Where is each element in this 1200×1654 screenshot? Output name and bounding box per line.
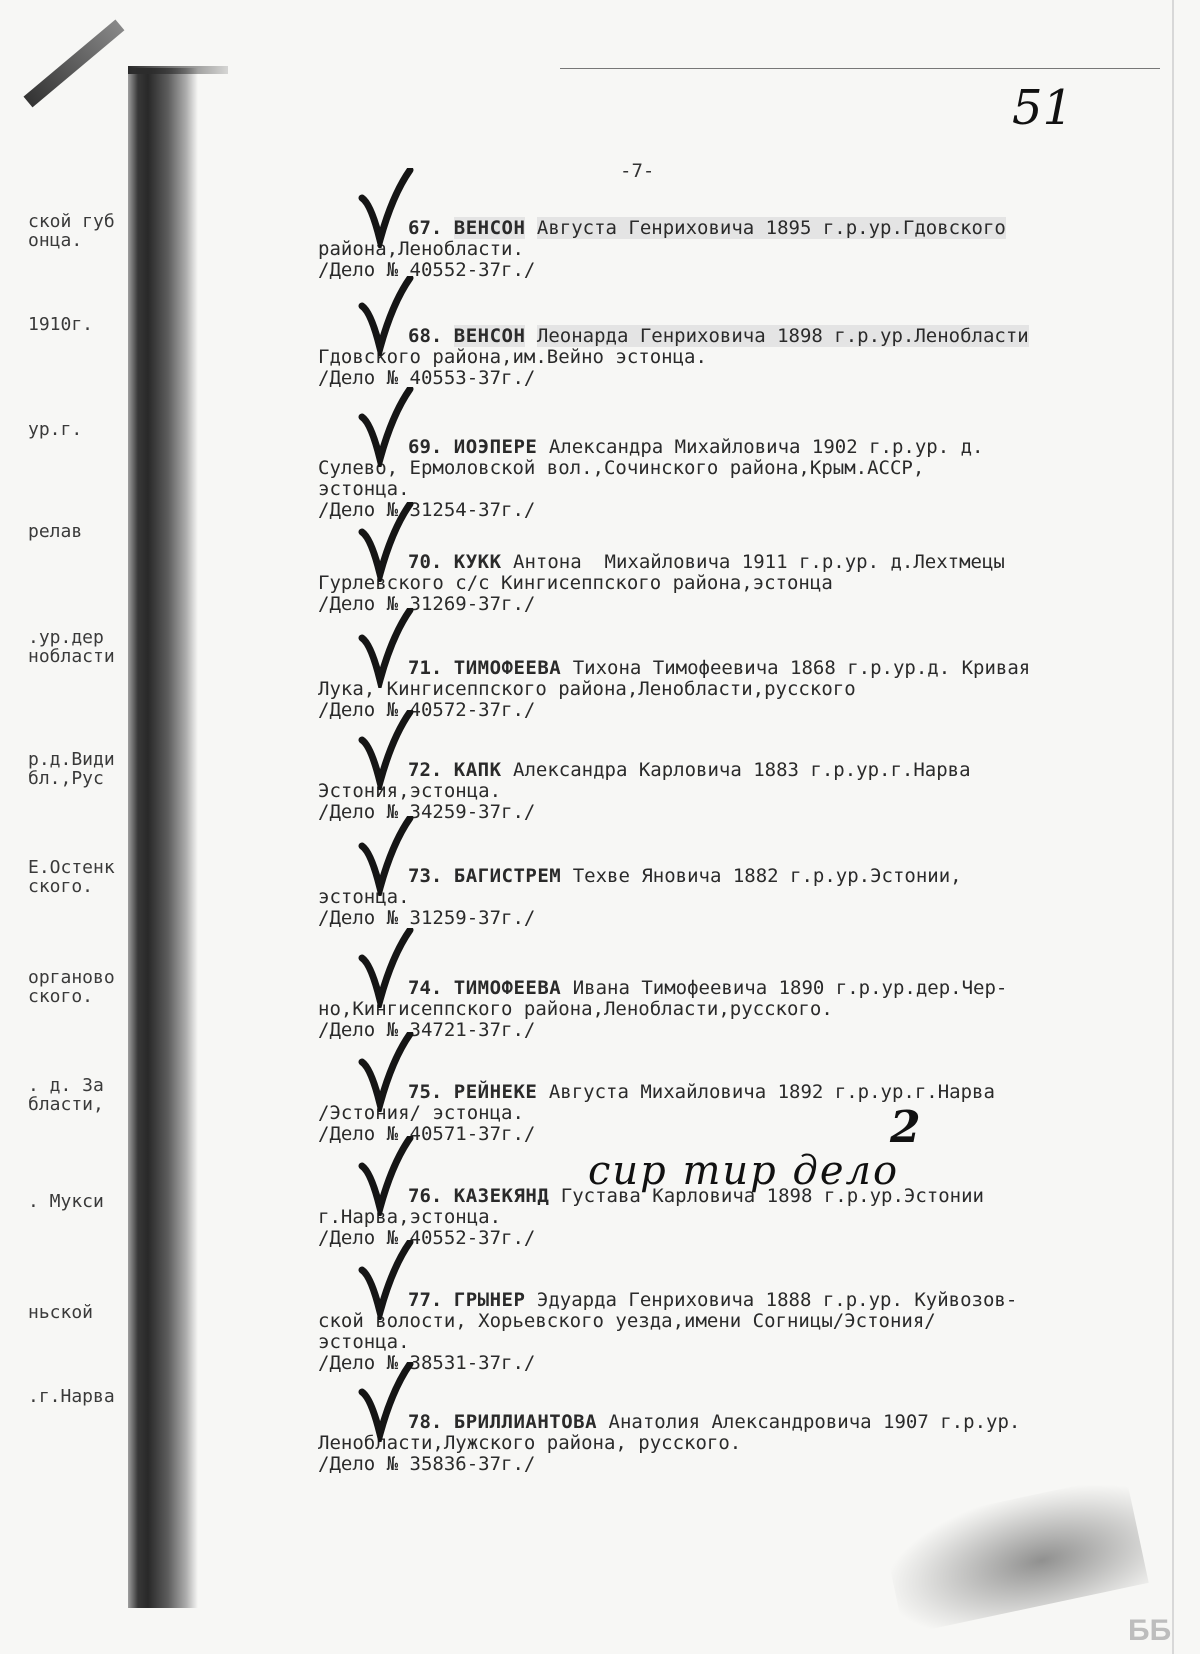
corner-shadow bbox=[24, 20, 125, 108]
entry-first-line: 68. ВЕНСОН Леонарда Генриховича 1898 г.р… bbox=[318, 326, 1148, 347]
case-number: /Дело № 31269-37г./ bbox=[318, 594, 1148, 615]
entry-first-line: 70. КУКК Антона Михайловича 1911 г.р.ур.… bbox=[318, 552, 1148, 573]
bleed-fragment: 1910г. bbox=[28, 315, 93, 334]
entry-surname: БАГИСТРЕМ bbox=[454, 865, 561, 887]
bleed-fragment: р.д.Види бл.,Рус bbox=[28, 750, 115, 788]
entry-surname: ИОЭПЕРЕ bbox=[454, 436, 538, 458]
entry-details: Эдуарда Генриховича 1888 г.р.ур. Куйвозо… bbox=[537, 1289, 1017, 1311]
entry-details: Тихона Тимофеевича 1868 г.р.ур.д. Кривая bbox=[573, 657, 1031, 679]
bleed-fragment: . Мукси bbox=[28, 1192, 104, 1211]
case-number: /Дело № 40552-37г./ bbox=[318, 1228, 1148, 1249]
entry-details: Ивана Тимофеевича 1890 г.р.ур.дер.Чер- bbox=[573, 977, 1008, 999]
list-item: 68. ВЕНСОН Леонарда Генриховича 1898 г.р… bbox=[318, 326, 1148, 389]
entry-surname: КУКК bbox=[454, 551, 502, 573]
entry-first-line: 77. ГРЫНЕР Эдуарда Генриховича 1888 г.р.… bbox=[318, 1290, 1148, 1311]
entry-continuation-line: Сулево, Ермоловской вол.,Сочинского райо… bbox=[318, 458, 1148, 479]
entry-surname: КАЗЕКЯНД bbox=[454, 1185, 550, 1207]
entry-continuation-line: Гурлевского с/с Кингисеппского района,эс… bbox=[318, 573, 1148, 594]
entry-continuation-line: г.Нарва,эстонца. bbox=[318, 1207, 1148, 1228]
entry-surname: ВЕНСОН bbox=[454, 217, 526, 239]
bleed-fragment: . д. За бласти, bbox=[28, 1076, 104, 1114]
list-item: 69. ИОЭПЕРЕ Александра Михайловича 1902 … bbox=[318, 437, 1148, 521]
entry-details: Леонарда Генриховича 1898 г.р.ур.Ленобла… bbox=[537, 325, 1029, 347]
checkmark-icon bbox=[358, 502, 418, 582]
bleed-fragment: .ур.дер нобласти bbox=[28, 628, 115, 666]
entry-first-line: 69. ИОЭПЕРЕ Александра Михайловича 1902 … bbox=[318, 437, 1148, 458]
entry-details: Антона Михайловича 1911 г.р.ур. д.Лехтме… bbox=[513, 551, 1005, 573]
entry-surname: БРИЛЛИАНТОВА bbox=[454, 1411, 597, 1433]
entry-first-line: 72. КАПК Александра Карловича 1883 г.р.у… bbox=[318, 760, 1148, 781]
entry-details: Августа Генриховича 1895 г.р.ур.Гдовског… bbox=[537, 217, 1006, 239]
checkmark-icon bbox=[358, 928, 418, 1008]
checkmark-icon bbox=[358, 1362, 418, 1442]
entry-details: Анатолия Александровича 1907 г.р.ур. bbox=[609, 1411, 1021, 1433]
entry-first-line: 74. ТИМОФЕЕВА Ивана Тимофеевича 1890 г.р… bbox=[318, 978, 1148, 999]
handwritten-note: сир тир дело bbox=[588, 1148, 899, 1194]
list-item: 71. ТИМОФЕЕВА Тихона Тимофеевича 1868 г.… bbox=[318, 658, 1148, 721]
page-number: -7- bbox=[620, 160, 654, 182]
case-number: /Дело № 31254-37г./ bbox=[318, 500, 1148, 521]
entry-continuation-line: ской волости, Хорьевского уезда,имени Со… bbox=[318, 1311, 1148, 1332]
entry-continuation-line: Эстония,эстонца. bbox=[318, 781, 1148, 802]
entry-first-line: 71. ТИМОФЕЕВА Тихона Тимофеевича 1868 г.… bbox=[318, 658, 1148, 679]
list-item: 76. КАЗЕКЯНД Густава Карловича 1898 г.р.… bbox=[318, 1186, 1148, 1249]
entry-continuation-line: Лука, Кингисеппского района,Ленобласти,р… bbox=[318, 679, 1148, 700]
entry-continuation-line: но,Кингисеппского района,Ленобласти,русс… bbox=[318, 999, 1148, 1020]
entry-surname: ТИМОФЕЕВА bbox=[454, 657, 561, 679]
entry-surname: РЕЙНЕКЕ bbox=[454, 1081, 538, 1103]
watermark: ББ bbox=[1128, 1614, 1171, 1648]
checkmark-icon bbox=[358, 1136, 418, 1216]
case-number: /Дело № 35836-37г./ bbox=[318, 1454, 1148, 1475]
checkmark-icon bbox=[358, 1032, 418, 1112]
checkmark-icon bbox=[358, 710, 418, 790]
entry-surname: ТИМОФЕЕВА bbox=[454, 977, 561, 999]
entry-first-line: 78. БРИЛЛИАНТОВА Анатолия Александровича… bbox=[318, 1412, 1148, 1433]
list-item: 73. БАГИСТРЕМ Техве Яновича 1882 г.р.ур.… bbox=[318, 866, 1148, 929]
bleed-fragment: ньской bbox=[28, 1303, 93, 1322]
checkmark-icon bbox=[358, 816, 418, 896]
folio-number: 51 bbox=[1012, 80, 1073, 136]
entry-continuation-line: района,Ленобласти. bbox=[318, 239, 1148, 260]
checkmark-icon bbox=[358, 276, 418, 356]
entry-continuation-line: эстонца. bbox=[318, 479, 1148, 500]
entry-surname: ГРЫНЕР bbox=[454, 1289, 526, 1311]
bleed-fragment: ур.г. bbox=[28, 420, 82, 439]
entry-first-line: 67. ВЕНСОН Августа Генриховича 1895 г.р.… bbox=[318, 218, 1148, 239]
entry-continuation-line: /Эстония/ эстонца. bbox=[318, 1103, 1148, 1124]
bleed-fragment: Е.Остенк ского. bbox=[28, 858, 115, 896]
list-item: 77. ГРЫНЕР Эдуарда Генриховича 1888 г.р.… bbox=[318, 1290, 1148, 1374]
case-number: /Дело № 31259-37г./ bbox=[318, 908, 1148, 929]
top-rule bbox=[560, 68, 1160, 69]
bleed-fragment: релав bbox=[28, 522, 82, 541]
entry-details: Александра Михайловича 1902 г.р.ур. д. bbox=[549, 436, 984, 458]
page-binding-edge bbox=[128, 68, 198, 1608]
entry-surname: ВЕНСОН bbox=[454, 325, 526, 347]
list-item: 70. КУКК Антона Михайловича 1911 г.р.ур.… bbox=[318, 552, 1148, 615]
entry-details: Августа Михайловича 1892 г.р.ур.г.Нарва bbox=[549, 1081, 995, 1103]
checkmark-icon bbox=[358, 608, 418, 688]
entry-continuation-line: эстонца. bbox=[318, 887, 1148, 908]
entry-details: Техве Яновича 1882 г.р.ур.Эстонии, bbox=[573, 865, 962, 887]
checkmark-icon bbox=[358, 168, 418, 248]
checkmark-icon bbox=[358, 1240, 418, 1320]
stamp-smudge bbox=[881, 1475, 1148, 1635]
case-number: /Дело № 40572-37г./ bbox=[318, 700, 1148, 721]
list-item: 74. ТИМОФЕЕВА Ивана Тимофеевича 1890 г.р… bbox=[318, 978, 1148, 1041]
right-edge bbox=[1172, 0, 1174, 1654]
list-item: 72. КАПК Александра Карловича 1883 г.р.у… bbox=[318, 760, 1148, 823]
checkmark-icon bbox=[358, 387, 418, 467]
entry-continuation-line: Ленобласти,Лужского района, русского. bbox=[318, 1433, 1148, 1454]
entry-continuation-line: эстонца. bbox=[318, 1332, 1148, 1353]
case-number: /Дело № 40553-37г./ bbox=[318, 368, 1148, 389]
entry-surname: КАПК bbox=[454, 759, 502, 781]
list-item: 67. ВЕНСОН Августа Генриховича 1895 г.р.… bbox=[318, 218, 1148, 281]
case-number: /Дело № 34259-37г./ bbox=[318, 802, 1148, 823]
bleed-fragment: органово ского. bbox=[28, 968, 115, 1006]
handwritten-digit: 2 bbox=[890, 1102, 921, 1153]
list-item: 75. РЕЙНЕКЕ Августа Михайловича 1892 г.р… bbox=[318, 1082, 1148, 1145]
page-binding-edge-top bbox=[128, 66, 228, 74]
list-item: 78. БРИЛЛИАНТОВА Анатолия Александровича… bbox=[318, 1412, 1148, 1475]
case-number: /Дело № 34721-37г./ bbox=[318, 1020, 1148, 1041]
bleed-fragment: ской губ онца. bbox=[28, 212, 115, 250]
case-number: /Дело № 40571-37г./ bbox=[318, 1124, 1148, 1145]
entry-continuation-line: Гдовского района,им.Вейно эстонца. bbox=[318, 347, 1148, 368]
entry-details: Александра Карловича 1883 г.р.ур.г.Нарва bbox=[513, 759, 971, 781]
bleed-fragment: .г.Нарва bbox=[28, 1387, 115, 1406]
case-number: /Дело № 40552-37г./ bbox=[318, 260, 1148, 281]
entry-first-line: 73. БАГИСТРЕМ Техве Яновича 1882 г.р.ур.… bbox=[318, 866, 1148, 887]
case-number: /Дело № 38531-37г./ bbox=[318, 1353, 1148, 1374]
entry-first-line: 75. РЕЙНЕКЕ Августа Михайловича 1892 г.р… bbox=[318, 1082, 1148, 1103]
